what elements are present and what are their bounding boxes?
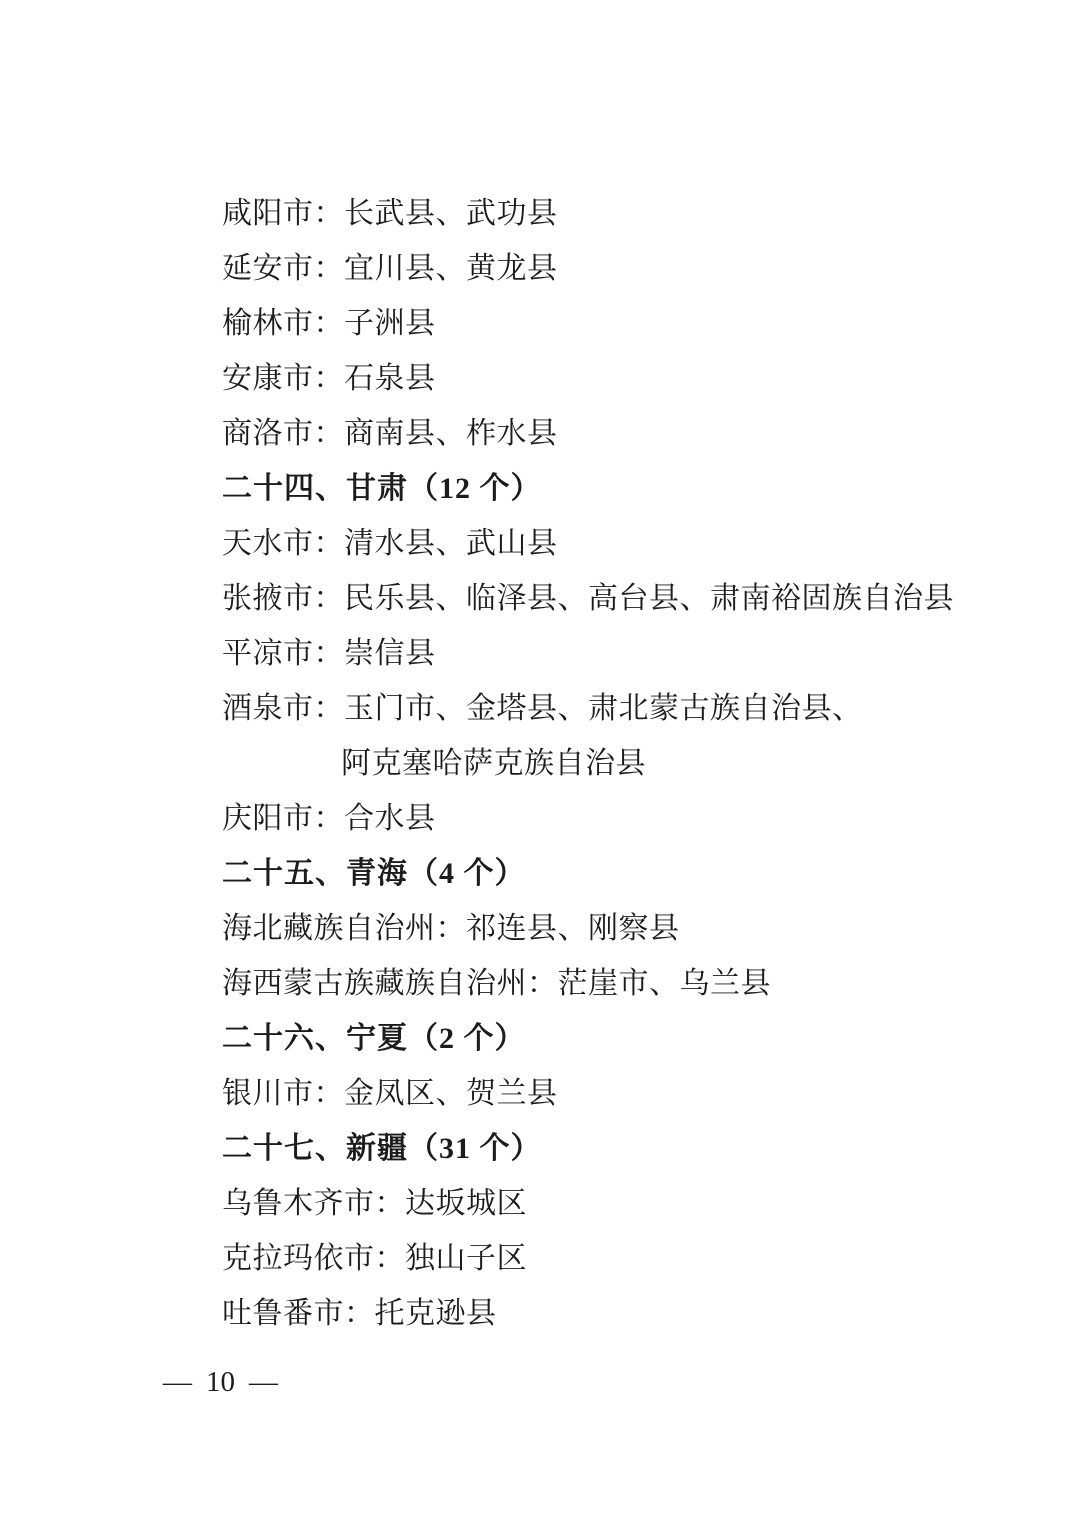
document-line: 张掖市：民乐县、临泽县、高台县、肃南裕固族自治县 xyxy=(222,571,1020,626)
document-line: 乌鲁木齐市：达坂城区 xyxy=(222,1176,1020,1231)
document-line: 海北藏族自治州：祁连县、刚察县 xyxy=(222,901,1020,956)
document-line: 阿克塞哈萨克族自治县 xyxy=(341,736,1020,791)
document-line: 银川市：金凤区、贺兰县 xyxy=(222,1066,1020,1121)
section-heading: 二十四、甘肃（12 个） xyxy=(222,461,1020,516)
document-line: 酒泉市：玉门市、金塔县、肃北蒙古族自治县、 xyxy=(222,681,1020,736)
document-line: 榆林市：子洲县 xyxy=(222,296,1020,351)
document-line: 安康市：石泉县 xyxy=(222,351,1020,406)
document-line: 天水市：清水县、武山县 xyxy=(222,516,1020,571)
document-line: 咸阳市：长武县、武功县 xyxy=(222,186,1020,241)
page-footer: —10— xyxy=(163,1362,278,1402)
document-content: 咸阳市：长武县、武功县延安市：宜川县、黄龙县榆林市：子洲县安康市：石泉县商洛市：… xyxy=(222,186,1020,1341)
document-line: 海西蒙古族藏族自治州：茫崖市、乌兰县 xyxy=(222,956,1020,1011)
document-line: 平凉市：崇信县 xyxy=(222,626,1020,681)
section-heading: 二十七、新疆（31 个） xyxy=(222,1121,1020,1176)
document-line: 吐鲁番市：托克逊县 xyxy=(222,1286,1020,1341)
document-line: 商洛市：商南县、柞水县 xyxy=(222,406,1020,461)
footer-dash-left: — xyxy=(163,1366,192,1398)
section-heading: 二十五、青海（4 个） xyxy=(222,846,1020,901)
page-number: 10 xyxy=(206,1366,235,1398)
section-heading: 二十六、宁夏（2 个） xyxy=(222,1011,1020,1066)
document-line: 克拉玛依市：独山子区 xyxy=(222,1231,1020,1286)
document-line: 庆阳市：合水县 xyxy=(222,791,1020,846)
document-page: 咸阳市：长武县、武功县延安市：宜川县、黄龙县榆林市：子洲县安康市：石泉县商洛市：… xyxy=(0,0,1080,1528)
footer-dash-right: — xyxy=(249,1366,278,1398)
document-line: 延安市：宜川县、黄龙县 xyxy=(222,241,1020,296)
